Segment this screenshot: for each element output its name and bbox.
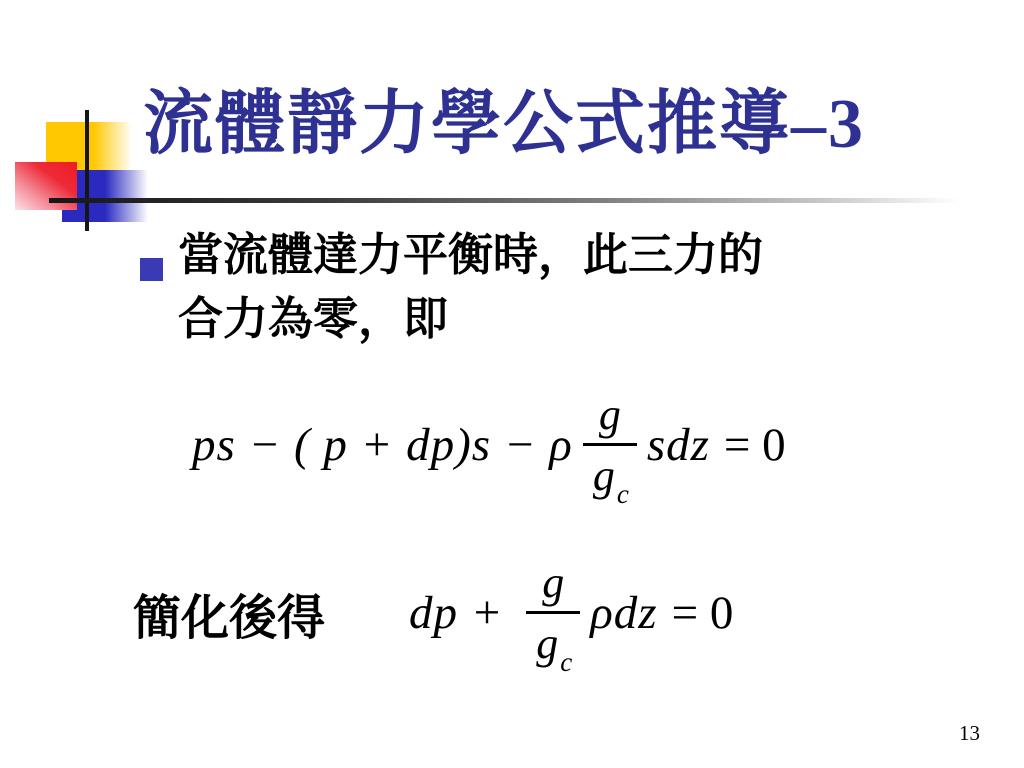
formula1-fraction-denominator-subscript: c — [617, 481, 629, 508]
slide: 流體靜力學公式推導–3 當流體達力平衡時，此三力的 合力為零，即 ps − ( … — [0, 0, 1024, 768]
formula1-lhs: ps − ( p + dp)s − ρ — [192, 418, 573, 472]
decor-vertical-line — [85, 110, 89, 231]
bullet-text-line1: 當流體達力平衡時，此三力的 — [178, 224, 958, 288]
formula1-rhs: = 0 — [724, 418, 786, 472]
simplified-intro-label: 簡化後得 — [133, 579, 325, 648]
formula2-rhs: = 0 — [672, 586, 734, 640]
bullet-text-line2: 合力為零，即 — [178, 288, 958, 352]
formula2-fraction-denominator-subscript: c — [560, 649, 572, 676]
bullet-text: 當流體達力平衡時，此三力的 合力為零，即 — [178, 224, 958, 352]
formula2-lhs: dp + — [409, 586, 516, 640]
formula1-fraction-numerator: g — [585, 393, 635, 443]
formula-force-balance: ps − ( p + dp)s − ρ g g c sdz = 0 — [192, 386, 786, 504]
formula2-fraction-denominator-base: g — [536, 622, 558, 666]
formula1-fraction: g g c — [583, 393, 637, 498]
page-number: 13 — [959, 721, 980, 746]
formula1-mid: sdz — [647, 418, 710, 472]
bullet-square-icon — [140, 258, 163, 281]
formula2-mid: ρdz — [590, 586, 657, 640]
formula2-fraction-denominator: g c — [526, 611, 580, 666]
formula1-fraction-denominator: g c — [583, 443, 637, 498]
slide-title: 流體靜力學公式推導–3 — [143, 86, 973, 163]
title-divider-line — [49, 198, 960, 203]
formula2-fraction: g g c — [526, 561, 580, 666]
formula-simplified: 簡化後得 dp + g g c ρdz = 0 — [133, 556, 733, 670]
formula2-fraction-numerator: g — [528, 561, 578, 611]
formula1-fraction-denominator-base: g — [593, 454, 615, 498]
